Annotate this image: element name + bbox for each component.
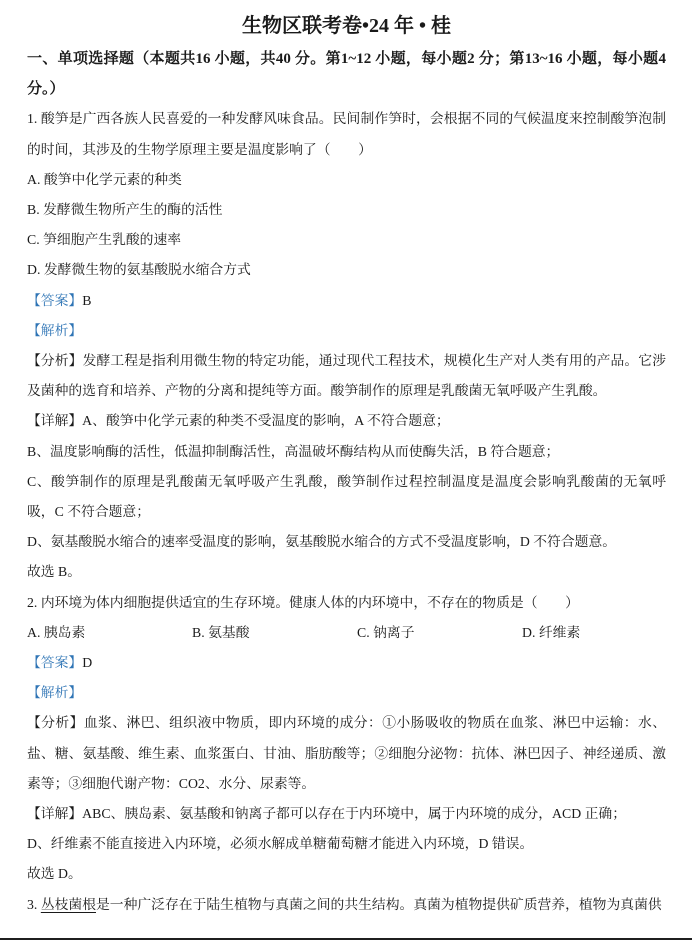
question-2-option-d: D. 纤维素 <box>522 618 580 648</box>
answer-value: D <box>82 655 92 670</box>
question-2-analysis: 【分析】血浆、淋巴、组织液中物质，即内环境的成分：①小肠吸收的物质在血浆、淋巴中… <box>27 708 666 799</box>
page-title: 生物区联考卷•24 年 • 桂 <box>27 10 666 42</box>
question-2-conclusion: 故选 D。 <box>27 859 666 889</box>
question-2-detail-d: D、纤维素不能直接进入内环境，必须水解成单糖葡萄糖才能进入内环境，D 错误。 <box>27 829 666 859</box>
answer-value: B <box>82 293 91 308</box>
question-number: 3. <box>27 897 37 912</box>
question-1-detail-d: D、氨基酸脱水缩合的速率受温度的影响，氨基酸脱水缩合的方式不受温度影响，D 不符… <box>27 527 666 557</box>
section-header: 一、单项选择题（本题共16 小题，共40 分。第1~12 小题，每小题2 分；第… <box>27 44 666 104</box>
question-1-jiexi-line: 【解析】 <box>27 316 666 346</box>
question-2: 2. 内环境为体内细胞提供适宜的生存环境。健康人体的内环境中，不存在的物质是（ … <box>27 588 666 890</box>
question-2-options-row: A. 胰岛素 B. 氨基酸 C. 钠离子 D. 纤维素 <box>27 618 666 648</box>
question-1-stem: 1. 酸笋是广西各族人民喜爱的一种发酵风味食品。民间制作笋时，会根据不同的气候温… <box>27 104 666 164</box>
question-2-jiexi-line: 【解析】 <box>27 678 666 708</box>
question-2-detail-abc: 【详解】ABC、胰岛素、氨基酸和钠离子都可以存在于内环境中，属于内环境的成分，A… <box>27 799 666 829</box>
question-2-option-b: B. 氨基酸 <box>192 618 357 648</box>
question-1-option-a: A. 酸笋中化学元素的种类 <box>27 165 666 195</box>
jiexi-label: 【解析】 <box>27 685 82 700</box>
question-number: 1. <box>27 111 37 126</box>
answer-label: 【答案】 <box>27 293 82 308</box>
jiexi-label: 【解析】 <box>27 323 82 338</box>
question-3: 3. 丛枝菌根是一种广泛存在于陆生植物与真菌之间的共生结构。真菌为植物提供矿质营… <box>27 890 666 920</box>
question-2-answer-line: 【答案】D <box>27 648 666 678</box>
question-1-option-c: C. 笋细胞产生乳酸的速率 <box>27 225 666 255</box>
question-1-option-b: B. 发酵微生物所产生的酶的活性 <box>27 195 666 225</box>
question-2-option-a: A. 胰岛素 <box>27 618 192 648</box>
question-1-answer-line: 【答案】B <box>27 286 666 316</box>
question-1-detail-a: 【详解】A、酸笋中化学元素的种类不受温度的影响，A 不符合题意； <box>27 406 666 436</box>
question-3-stem: 3. 丛枝菌根是一种广泛存在于陆生植物与真菌之间的共生结构。真菌为植物提供矿质营… <box>27 890 666 920</box>
question-1-detail-b: B、温度影响酶的活性，低温抑制酶活性，高温破坏酶结构从而使酶失活，B 符合题意； <box>27 437 666 467</box>
question-2-stem: 2. 内环境为体内细胞提供适宜的生存环境。健康人体的内环境中，不存在的物质是（ … <box>27 588 666 618</box>
question-2-option-c: C. 钠离子 <box>357 618 522 648</box>
question-number: 2. <box>27 595 37 610</box>
exam-document: 生物区联考卷•24 年 • 桂 一、单项选择题（本题共16 小题，共40 分。第… <box>0 0 692 943</box>
question-1-option-d: D. 发酵微生物的氨基酸脱水缩合方式 <box>27 255 666 285</box>
question-1-detail-c: C、酸笋制作的原理是乳酸菌无氧呼吸产生乳酸，酸笋制作过程控制温度是温度会影响乳酸… <box>27 467 666 527</box>
question-1: 1. 酸笋是广西各族人民喜爱的一种发酵风味食品。民间制作笋时，会根据不同的气候温… <box>27 104 666 587</box>
question-stem-text: 是一种广泛存在于陆生植物与真菌之间的共生结构。真菌为植物提供矿质营养，植物为真菌… <box>96 897 662 912</box>
answer-label: 【答案】 <box>27 655 82 670</box>
question-stem-text: 酸笋是广西各族人民喜爱的一种发酵风味食品。民间制作笋时，会根据不同的气候温度来控… <box>27 111 666 156</box>
question-stem-underlined-term: 丛枝菌根 <box>41 897 96 912</box>
question-1-conclusion: 故选 B。 <box>27 557 666 587</box>
question-1-analysis: 【分析】发酵工程是指利用微生物的特定功能，通过现代工程技术，规模化生产对人类有用… <box>27 346 666 406</box>
question-stem-text: 内环境为体内细胞提供适宜的生存环境。健康人体的内环境中，不存在的物质是（ ） <box>41 595 579 610</box>
